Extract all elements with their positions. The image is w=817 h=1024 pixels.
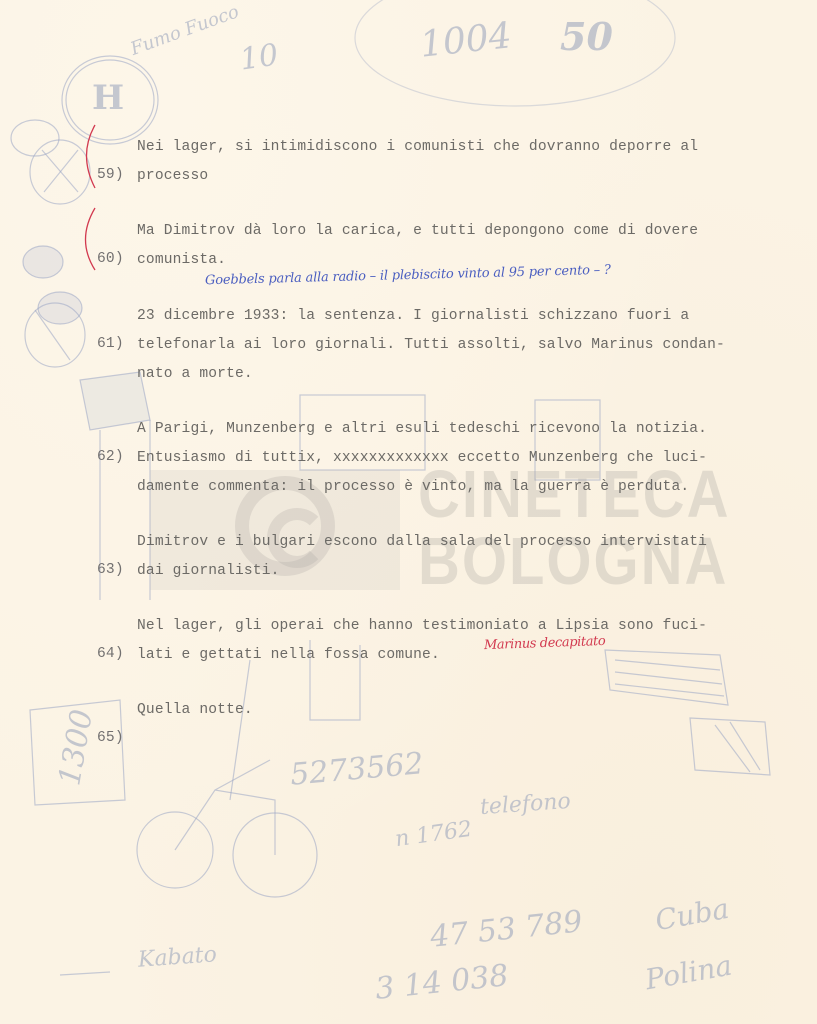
entry-number: 61) [97, 330, 124, 358]
red-bracket-59 [87, 125, 96, 188]
entry-number: 64) [97, 640, 124, 668]
entry-number: 60) [97, 245, 124, 273]
entry-line: 23 dicembre 1933: la sentenza. I giornal… [137, 302, 689, 330]
entry-line: dai giornalisti. [137, 557, 280, 585]
pencil-number-50: 50 [560, 14, 613, 59]
pencil-note-right: telefono [479, 789, 571, 820]
entry-line: nato a morte. [137, 360, 253, 388]
pencil-word-bottom-left: Kabato [137, 942, 217, 972]
entry-line: lati e gettati nella fossa comune. [137, 641, 440, 669]
blue-ink-annotation: Goebbels parla alla radio – il plebiscit… [205, 263, 611, 289]
pencil-word-cuba: Cuba [653, 892, 732, 937]
entry-line: Ma Dimitrov dà loro la carica, e tutti d… [137, 217, 698, 245]
typed-body: 59) Nei lager, si intimidiscono i comuni… [0, 0, 36, 448]
pencil-number-mid-2: n 1762 [394, 817, 474, 852]
entry-line: telefonarla ai loro giornali. Tutti asso… [137, 331, 725, 359]
pencil-word-polina: Polina [643, 949, 735, 997]
pencil-number-1004: 1004 [418, 15, 513, 65]
entry-number: 59) [97, 161, 124, 189]
entry-line: Nei lager, si intimidiscono i comunisti … [137, 133, 698, 161]
entry-line: Quella notte. [137, 696, 253, 724]
pencil-number-bottom-2: 3 14 038 [374, 958, 511, 1007]
entry-number: 62) [97, 443, 124, 471]
entry-line: Entusiasmo di tuttix, xxxxxxxxxxxxx ecce… [137, 444, 707, 472]
entry-line: processo [137, 162, 208, 190]
entry-number: 65) [97, 724, 124, 752]
entry-line: comunista. [137, 246, 226, 274]
red-ink-annotation: Marinus decapitato [484, 634, 606, 653]
entry-line: damente commenta: il processo è vinto, m… [137, 473, 689, 501]
pencil-circled-letter: H [92, 78, 124, 118]
red-bracket-60 [86, 208, 96, 270]
entry-line: A Parigi, Munzenberg e altri esuli tedes… [137, 415, 707, 443]
entry-65: 65) Quella notte. [0, 696, 53, 808]
pencil-number-10: 10 [238, 38, 281, 78]
pencil-number-bottom-1: 47 53 789 [429, 904, 585, 955]
entry-line: Dimitrov e i bulgari escono dalla sala d… [137, 528, 707, 556]
document-page: Fumo Fuoco 10 1004 50 H 1300 5273562 n 1… [0, 0, 817, 1024]
pencil-number-mid-1: 5273562 [289, 746, 425, 793]
pencil-note-top-left: Fumo Fuoco [128, 1, 242, 60]
entry-number: 63) [97, 556, 124, 584]
pencil-box-number: 1300 [52, 707, 100, 788]
entry-line: Nel lager, gli operai che hanno testimon… [137, 612, 707, 640]
